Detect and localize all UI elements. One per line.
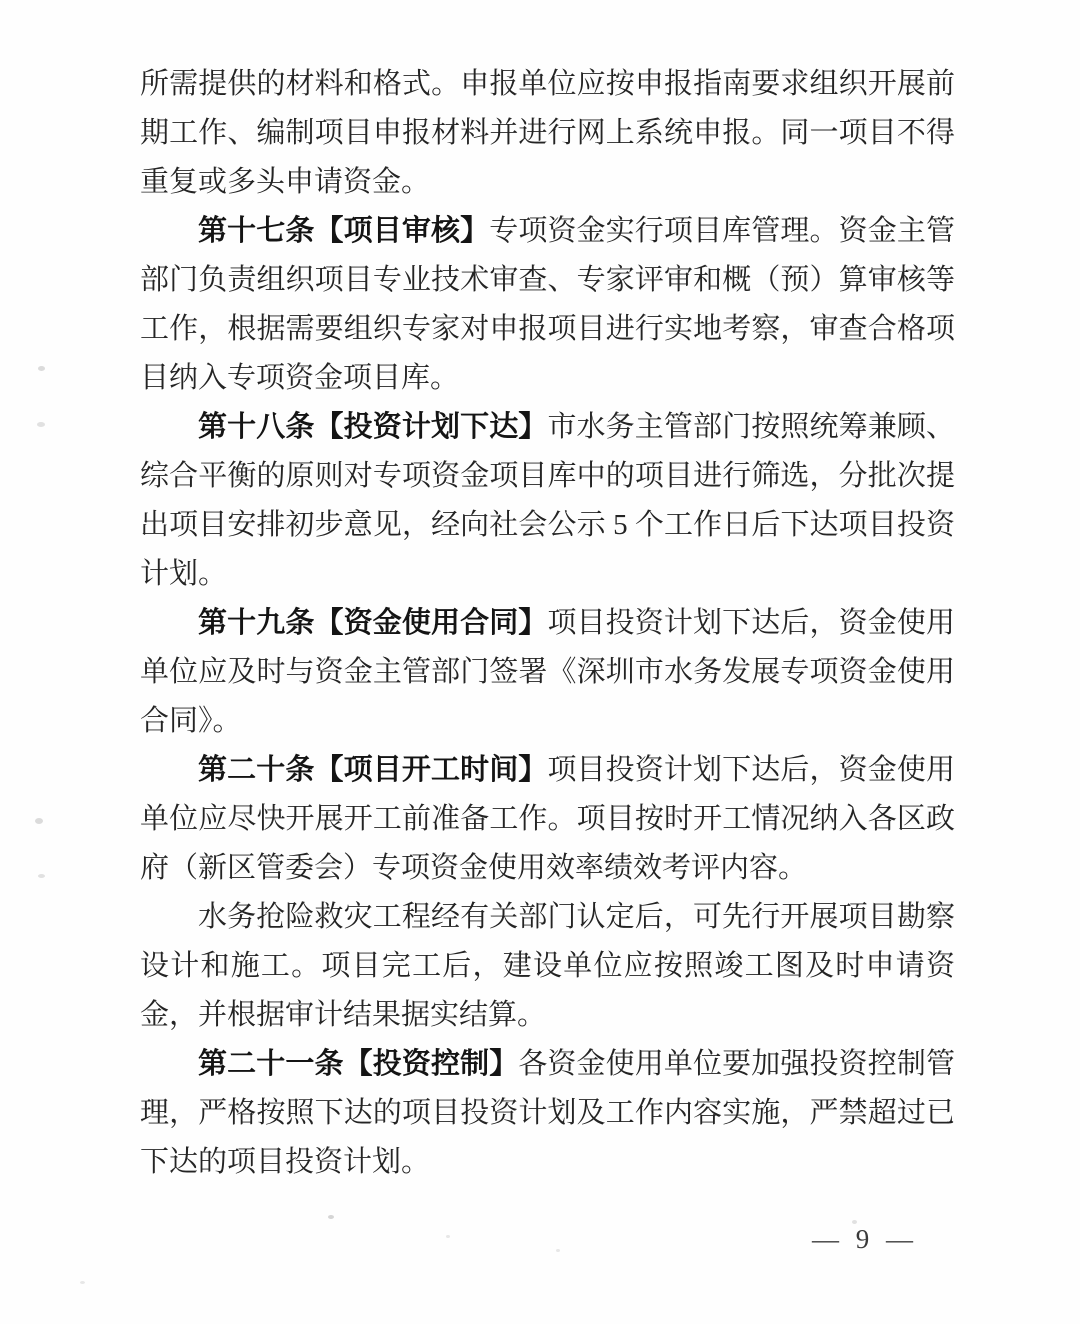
- article-21-heading: 第二十一条【投资控制】: [198, 1048, 518, 1080]
- paragraph-article-21: 第二十一条【投资控制】各资金使用单位要加强投资控制管理，严格按照下达的项目投资计…: [140, 1040, 955, 1187]
- paragraph-emergency-works: 水务抢险救灾工程经有关部门认定后，可先行开展项目勘察设计和施工。项目完工后，建设…: [140, 893, 955, 1040]
- paragraph-continuation-top: 所需提供的材料和格式。申报单位应按申报指南要求组织开展前期工作、编制项目申报材料…: [140, 60, 955, 207]
- article-20-heading: 第二十条【项目开工时间】: [198, 754, 547, 786]
- paragraph-article-18: 第十八条【投资计划下达】市水务主管部门按照统筹兼顾、综合平衡的原则对专项资金项目…: [140, 403, 955, 599]
- paragraph-article-20: 第二十条【项目开工时间】项目投资计划下达后，资金使用单位应尽快开展开工前准备工作…: [140, 746, 955, 893]
- page-number: — 9 —: [812, 1224, 918, 1255]
- scan-speck: [38, 366, 45, 371]
- article-19-heading: 第十九条【资金使用合同】: [198, 607, 547, 639]
- scan-speck: [556, 1249, 560, 1252]
- scan-speck: [35, 818, 43, 824]
- scan-speck: [38, 874, 45, 878]
- scan-speck: [37, 422, 45, 427]
- paragraph-text: 水务抢险救灾工程经有关部门认定后，可先行开展项目勘察设计和施工。项目完工后，建设…: [140, 901, 955, 1031]
- scan-speck: [80, 1281, 85, 1284]
- article-18-heading: 第十八条【投资计划下达】: [198, 411, 547, 443]
- paragraph-text: 所需提供的材料和格式。申报单位应按申报指南要求组织开展前期工作、编制项目申报材料…: [140, 68, 955, 198]
- scan-speck: [446, 1235, 450, 1238]
- document-page: 所需提供的材料和格式。申报单位应按申报指南要求组织开展前期工作、编制项目申报材料…: [0, 0, 1080, 1324]
- article-17-heading: 第十七条【项目审核】: [198, 215, 489, 247]
- scan-speck: [328, 1215, 334, 1219]
- scan-speck: [852, 1220, 857, 1224]
- document-body: 所需提供的材料和格式。申报单位应按申报指南要求组织开展前期工作、编制项目申报材料…: [140, 60, 955, 1187]
- paragraph-article-17: 第十七条【项目审核】专项资金实行项目库管理。资金主管部门负责组织项目专业技术审查…: [140, 207, 955, 403]
- paragraph-article-19: 第十九条【资金使用合同】项目投资计划下达后，资金使用单位应及时与资金主管部门签署…: [140, 599, 955, 746]
